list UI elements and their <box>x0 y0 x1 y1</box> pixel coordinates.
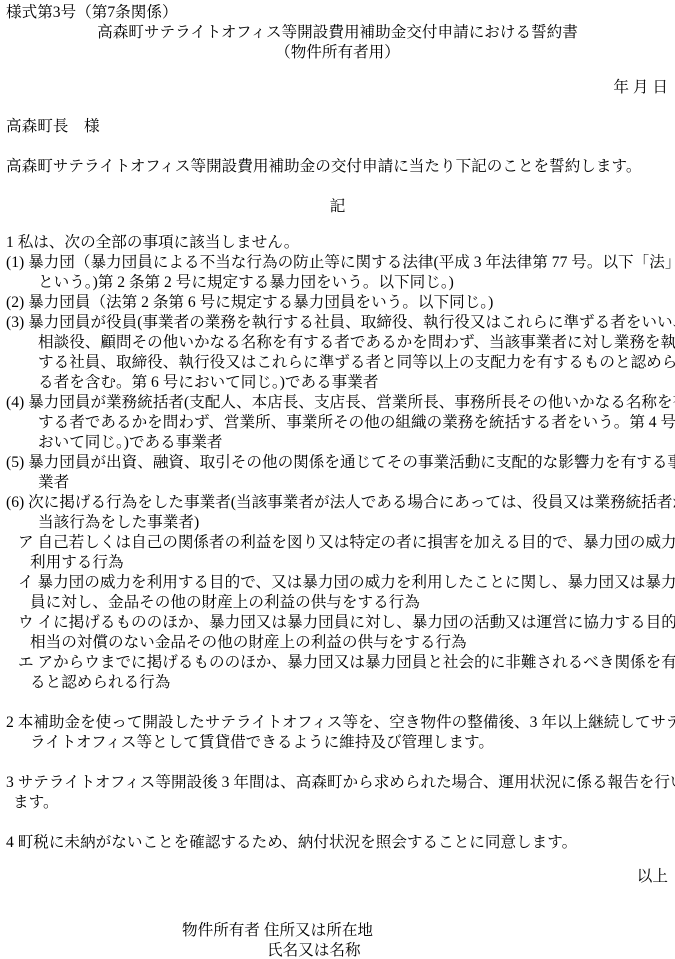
section1-line: る者を含む。第 6 号において同じ。)である事業者 <box>0 373 675 393</box>
section1-line: ウ イに掲げるもののほか、暴力団又は暴力団員に対し、暴力団の活動又は運営に協力す… <box>0 613 675 633</box>
section1-line: (3) 暴力団員が役員(事業者の業務を執行する社員、取締役、執行役又はこれらに準… <box>0 313 675 333</box>
section1-line: (6) 次に掲げる行為をした事業者(当該事業者が法人である場合にあっては、役員又… <box>0 493 675 513</box>
section4-line: 4 町税に未納がないことを確認するため、納付状況を照会することに同意します。 <box>0 833 675 853</box>
section1-line: する者であるかを問わず、営業所、事業所その他の組織の業務を統括する者をいう。第 … <box>0 413 675 433</box>
section1-line: という。)第 2 条第 2 号に規定する暴力団をいう。以下同じ。) <box>0 273 675 293</box>
section1-line: (1) 暴力団（暴力団員による不当な行為の防止等に関する法律(平成 3 年法律第… <box>0 253 675 273</box>
intro-paragraph: 高森町サテライトオフィス等開設費用補助金の交付申請に当たり下記のことを誓約します… <box>0 157 675 177</box>
section3-line: ます。 <box>0 793 675 813</box>
form-number: 様式第3号（第7条関係） <box>0 3 675 23</box>
date-line: 年 月 日 <box>0 78 675 98</box>
section1-line: 相当の対償のない金品その他の財産上の利益の供与をする行為 <box>0 633 675 653</box>
section1-line: する社員、取締役、執行役又はこれらに準ずる者と同等以上の支配力を有するものと認め… <box>0 353 675 373</box>
section1-heading: 1 私は、次の全部の事項に該当しません。 <box>0 233 675 253</box>
addressee: 高森町長 様 <box>0 117 675 137</box>
closing-marker: 以上 <box>0 867 675 887</box>
section1-line: 当該行為をした事業者) <box>0 513 675 533</box>
page-subtitle: （物件所有者用） <box>0 43 675 63</box>
section1-line: (5) 暴力団員が出資、融資、取引その他の関係を通じてその事業活動に支配的な影響… <box>0 453 675 473</box>
section1-line: ア 自己若しくは自己の関係者の利益を図り又は特定の者に損害を加える目的で、暴力団… <box>0 533 675 553</box>
section1-line: 業者 <box>0 473 675 493</box>
section1-line: 員に対し、金品その他の財産上の利益の供与をする行為 <box>0 593 675 613</box>
section1-line: (4) 暴力団員が業務統括者(支配人、本店長、支店長、営業所長、事務所長その他い… <box>0 393 675 413</box>
page-title: 高森町サテライトオフィス等開設費用補助金交付申請における誓約書 <box>0 23 675 43</box>
section1-line: (2) 暴力団員（法第 2 条第 6 号に規定する暴力団員をいう。以下同じ。) <box>0 293 675 313</box>
signature-address-line: 物件所有者 住所又は所在地 <box>182 921 373 941</box>
section2-line: 2 本補助金を使って開設したサテライトオフィス等を、空き物件の整備後、3 年以上… <box>0 713 675 733</box>
section1-line: 利用する行為 <box>0 553 675 573</box>
section2-line: ライトオフィス等として賃貸借できるように維持及び管理します。 <box>0 733 675 753</box>
pledge-document-page: 様式第3号（第7条関係） 高森町サテライトオフィス等開設費用補助金交付申請におけ… <box>0 0 675 959</box>
section1-line: おいて同じ。)である事業者 <box>0 433 675 453</box>
section3-line: 3 サテライトオフィス等開設後 3 年間は、高森町から求められた場合、運用状況に… <box>0 773 675 793</box>
signature-name-line: 氏名又は名称 <box>267 941 361 959</box>
section1-line: イ 暴力団の威力を利用する目的で、又は暴力団の威力を利用したことに関し、暴力団又… <box>0 573 675 593</box>
section1-line: エ アからウまでに掲げるもののほか、暴力団又は暴力団員と社会的に非難されるべき関… <box>0 653 675 673</box>
record-marker: 記 <box>0 197 675 217</box>
section1-line: ると認められる行為 <box>0 673 675 693</box>
section1-line: 相談役、顧問その他いかなる名称を有する者であるかを問わず、当該事業者に対し業務を… <box>0 333 675 353</box>
